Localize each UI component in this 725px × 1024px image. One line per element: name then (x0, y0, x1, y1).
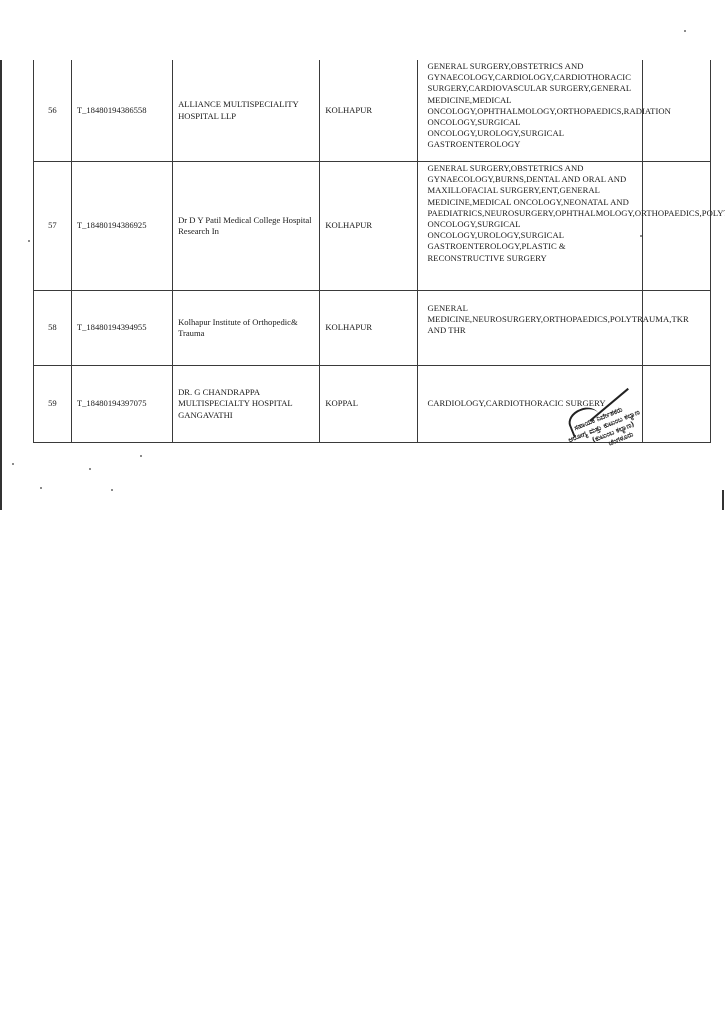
hospital-id-cell: T_18480194386558 (71, 60, 172, 162)
sl-no-cell: 56 (34, 60, 72, 162)
hospital-id-cell: T_18480194397075 (71, 366, 172, 443)
district-cell: KOLHAPUR (320, 60, 418, 162)
remarks-cell (643, 291, 711, 366)
scan-right-edge (722, 490, 724, 510)
table-row: 56 T_18480194386558 ALLIANCE MULTISPECIA… (34, 60, 711, 162)
table-row: 57 T_18480194386925 Dr D Y Patil Medical… (34, 162, 711, 291)
specialities-cell: GENERAL SURGERY,OBSTETRICS AND GYNAECOLO… (418, 60, 643, 162)
table-row: 58 T_18480194394955 Kolhapur Institute o… (34, 291, 711, 366)
specialities-cell: GENERAL SURGERY,OBSTETRICS AND GYNAECOLO… (418, 162, 643, 291)
sl-no-cell: 58 (34, 291, 72, 366)
scan-left-edge (0, 60, 2, 510)
hospital-name-cell: ALLIANCE MULTISPECIALITY HOSPITAL LLP (173, 60, 320, 162)
hospital-id-cell: T_18480194394955 (71, 291, 172, 366)
hospital-name-cell: DR. G CHANDRAPPA MULTISPECIALTY HOSPITAL… (173, 366, 320, 443)
hospital-list-table: 56 T_18480194386558 ALLIANCE MULTISPECIA… (33, 60, 711, 443)
remarks-cell (643, 162, 711, 291)
district-cell: KOLHAPUR (320, 291, 418, 366)
hospital-id-cell: T_18480194386925 (71, 162, 172, 291)
hospital-name-cell: Kolhapur Institute of Orthopedic& Trauma (173, 291, 320, 366)
specialities-cell: GENERAL MEDICINE,NEUROSURGERY,ORTHOPAEDI… (418, 291, 643, 366)
district-cell: KOLHAPUR (320, 162, 418, 291)
sl-no-cell: 57 (34, 162, 72, 291)
sl-no-cell: 59 (34, 366, 72, 443)
hospital-name-cell: Dr D Y Patil Medical College Hospital Re… (173, 162, 320, 291)
scanned-page: 56 T_18480194386558 ALLIANCE MULTISPECIA… (0, 0, 725, 1024)
district-cell: KOPPAL (320, 366, 418, 443)
